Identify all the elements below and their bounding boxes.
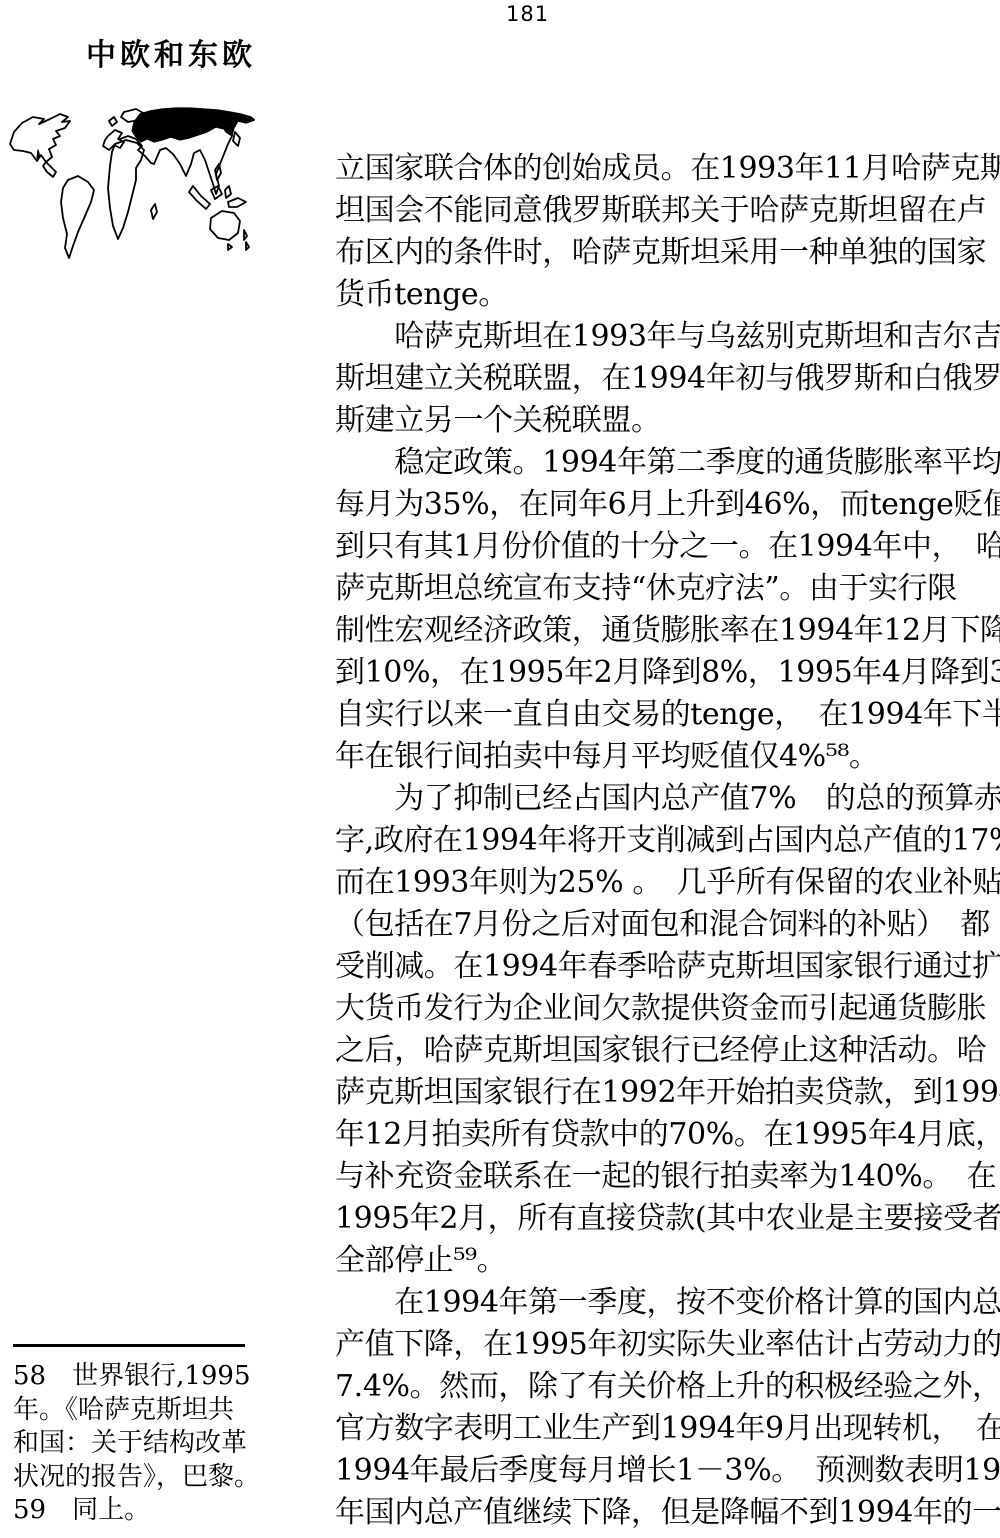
asia-coastline-outline [120,136,232,194]
footnote-line: 状况的报告》，巴黎。 [13,1461,313,1495]
body-text-line: 货币tenge。 [335,274,1000,316]
body-text-line: 每月为35%，在同年6月上升到46%，而tenge贬值 [335,484,1000,526]
body-text-line: 字,政府在1994年将开支削减到占国内总产值的17%, [335,820,1000,862]
central-america-outline [43,162,56,177]
body-text-line: 制性宏观经济政策，通货膨胀率在1994年12月下降 [335,610,1000,652]
body-text-line: 与补充资金联系在一起的银行拍卖率为140%。 在 [335,1156,1000,1198]
highlighted-region-eurasia [132,108,255,142]
north-america-outline [10,114,70,162]
footnote-line: 59 同上。 [13,1494,313,1528]
body-text-line: 7.4%。然而，除了有关价格上升的积极经验之外， [335,1366,1000,1408]
body-text-line: 斯坦建立关税联盟，在1994年初与俄罗斯和白俄罗 [335,358,1000,400]
body-text-line: 自实行以来一直自由交易的tenge， 在1994年下半 [335,694,1000,736]
australia-outline [210,211,240,240]
footnote-separator [13,1344,245,1347]
body-text-line: 萨克斯坦总统宣布支持“休克疗法”。由于实行限 [335,568,1000,610]
madagascar-outline [151,204,157,219]
body-text-line: 为了抑制已经占国内总产值7% 的总的预算赤 [335,778,1000,820]
body-text-line: 布区内的条件时，哈萨克斯坦采用一种单独的国家 [335,232,1000,274]
body-text-line: 萨克斯坦国家银行在1992年开始拍卖贷款，到1994 [335,1072,1000,1114]
body-text-line: 稳定政策。1994年第二季度的通货膨胀率平均 [335,442,1000,484]
body-text-line: 哈萨克斯坦在1993年与乌兹别克斯坦和吉尔吉 [335,316,1000,358]
body-text-line: 年12月拍卖所有贷款中的70%。在1995年4月底， [335,1114,1000,1156]
body-text-line: （包括在7月份之后对面包和混合饲料的补贴） 都 [335,904,1000,946]
footnotes: 58 世界银行,1995年。《哈萨克斯坦共和国：关于结构改革状况的报告》，巴黎。… [13,1344,313,1528]
footnote-line: 58 世界银行,1995 [13,1360,313,1394]
footnote-line: 和国：关于结构改革 [13,1427,313,1461]
new-guinea-outline [228,198,246,207]
body-text-line: 1994年最后季度每月增长1－3%。 预测数表明1995 [335,1450,1000,1492]
body-text-line: 之后，哈萨克斯坦国家银行已经停止这种活动。哈 [335,1030,1000,1072]
body-text-line: 到只有其1月份价值的十分之一。在1994年中， 哈 [335,526,1000,568]
baja-mark [37,150,40,158]
body-text-line: 1995年2月，所有直接贷款(其中农业是主要接受者) [335,1198,1000,1240]
new-zealand-outline [244,230,249,250]
sumatra-java-outline [189,186,210,209]
book-page: 181 中欧和东欧 立国家联合体的创始成员。在1993年11月哈萨克斯坦国会不能… [0,0,1000,1538]
body-text-line: 年国内总产值继续下降，但是降幅不到1994年的一 [335,1492,1000,1534]
british-isles-outline [109,117,117,126]
body-text: 立国家联合体的创始成员。在1993年11月哈萨克斯坦国会不能同意俄罗斯联邦关于哈… [335,148,1000,1534]
philippines-outline [215,164,221,180]
body-text-line: 大货币发行为企业间欠款提供资金而引起通货膨胀 [335,988,1000,1030]
body-text-line: 全部停止⁵⁹。 [335,1240,1000,1282]
body-text-line: 官方数字表明工业生产到1994年9月出现转机， 在 [335,1408,1000,1450]
body-text-line: 斯建立另一个关税联盟。 [335,400,1000,442]
africa-outline [108,140,144,239]
world-map-image [8,106,255,270]
footnote-text: 58 世界银行,1995年。《哈萨克斯坦共和国：关于结构改革状况的报告》，巴黎。… [13,1360,313,1528]
body-text-line: 在1994年第一季度，按不变价格计算的国内总 [335,1282,1000,1324]
body-text-line: 年在银行间拍卖中每月平均贬值仅4%⁵⁸。 [335,736,1000,778]
body-text-line: 而在1993年则为25% 。 几乎所有保留的农业补贴 [335,862,1000,904]
section-header: 中欧和东欧 [86,30,256,74]
tasmania-outline [228,244,232,250]
sulawesi-outline [225,186,231,198]
body-text-line: 立国家联合体的创始成员。在1993年11月哈萨克斯 [335,148,1000,190]
japan-outline [233,132,240,146]
footnote-line: 年。《哈萨克斯坦共 [13,1394,313,1428]
body-text-line: 到10%，在1995年2月降到8%，1995年4月降到3%。 [335,652,1000,694]
body-text-line: 受削减。在1994年春季哈萨克斯坦国家银行通过扩 [335,946,1000,988]
body-text-line: 产值下降，在1995年初实际失业率估计占劳动力的 [335,1324,1000,1366]
south-america-outline [61,176,94,258]
body-text-line: 坦国会不能同意俄罗斯联邦关于哈萨克斯坦留在卢 [335,190,1000,232]
page-number: 181 [506,2,549,26]
